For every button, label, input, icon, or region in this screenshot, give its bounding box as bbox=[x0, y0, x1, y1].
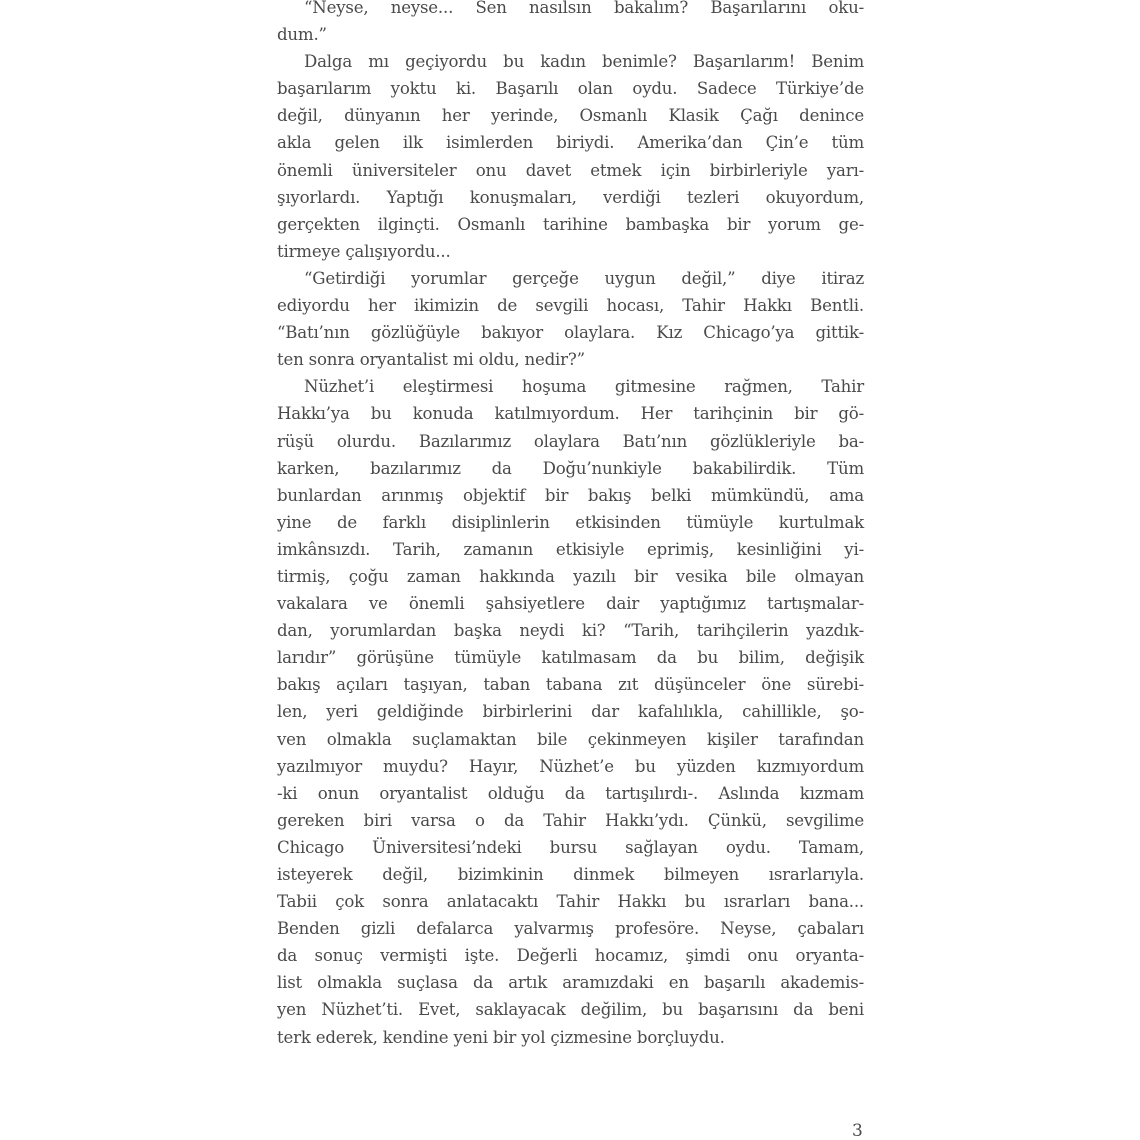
text-line: yazılmıyor muydu? Hayır, Nüzhet’e bu yüz… bbox=[277, 753, 864, 780]
text-line: Dalga mı geçiyordu bu kadın benimle? Baş… bbox=[277, 48, 864, 75]
text-line: Benden gizli defalarca yalvarmış profesö… bbox=[277, 915, 864, 942]
text-line: Nüzhet’i eleştirmesi hoşuma gitmesine ra… bbox=[277, 373, 864, 400]
text-line: isteyerek değil, bizimkinin dinmek bilme… bbox=[277, 861, 864, 888]
page-number: 3 bbox=[852, 1121, 863, 1140]
text-line: terk ederek, kendine yeni bir yol çizmes… bbox=[277, 1024, 864, 1051]
text-line: yen Nüzhet’ti. Evet, saklayacak değilim,… bbox=[277, 996, 864, 1023]
text-line: Hakkı’ya bu konuda katılmıyordum. Her ta… bbox=[277, 400, 864, 427]
text-line: değil, dünyanın her yerinde, Osmanlı Kla… bbox=[277, 102, 864, 129]
text-line: yine de farklı disiplinlerin etkisinden … bbox=[277, 509, 864, 536]
text-line: ven olmakla suçlamaktan bile çekinmeyen … bbox=[277, 726, 864, 753]
text-line: gereken biri varsa o da Tahir Hakkı’ydı.… bbox=[277, 807, 864, 834]
text-line: imkânsızdı. Tarih, zamanın etkisiyle epr… bbox=[277, 536, 864, 563]
text-line: Tabii çok sonra anlatacaktı Tahir Hakkı … bbox=[277, 888, 864, 915]
text-line: “Getirdiği yorumlar gerçeğe uygun değil,… bbox=[277, 265, 864, 292]
text-line: tirmiş, çoğu zaman hakkında yazılı bir v… bbox=[277, 563, 864, 590]
text-line: bunlardan arınmış objektif bir bakış bel… bbox=[277, 482, 864, 509]
text-line: len, yeri geldiğinde birbirlerini dar ka… bbox=[277, 698, 864, 725]
text-line: şıyorlardı. Yaptığı konuşmaları, verdiği… bbox=[277, 184, 864, 211]
text-line: tirmeye çalışıyordu... bbox=[277, 238, 864, 265]
text-line: dum.” bbox=[277, 21, 864, 48]
text-line: ediyordu her ikimizin de sevgili hocası,… bbox=[277, 292, 864, 319]
text-line: dan, yorumlardan başka neydi ki? “Tarih,… bbox=[277, 617, 864, 644]
text-line: vakalara ve önemli şahsiyetlere dair yap… bbox=[277, 590, 864, 617]
text-line: da sonuç vermişti işte. Değerli hocamız,… bbox=[277, 942, 864, 969]
text-line: önemli üniversiteler onu davet etmek içi… bbox=[277, 157, 864, 184]
text-line: rüşü olurdu. Bazılarımız olaylara Batı’n… bbox=[277, 428, 864, 455]
text-line: karken, bazılarımız da Doğu’nunkiyle bak… bbox=[277, 455, 864, 482]
text-line: list olmakla suçlasa da artık aramızdaki… bbox=[277, 969, 864, 996]
text-line: “Neyse, neyse... Sen nasılsın bakalım? B… bbox=[277, 0, 864, 21]
text-line: -ki onun oryantalist olduğu da tartışılı… bbox=[277, 780, 864, 807]
text-line: ten sonra oryantalist mi oldu, nedir?” bbox=[277, 346, 864, 373]
text-line: gerçekten ilginçti. Osmanlı tarihine bam… bbox=[277, 211, 864, 238]
book-page-body: “Neyse, neyse... Sen nasılsın bakalım? B… bbox=[277, 0, 864, 1051]
text-line: akla gelen ilk isimlerden biriydi. Ameri… bbox=[277, 129, 864, 156]
text-line: “Batı’nın gözlüğüyle bakıyor olaylara. K… bbox=[277, 319, 864, 346]
text-line: larıdır” görüşüne tümüyle katılmasam da … bbox=[277, 644, 864, 671]
text-line: Chicago Üniversitesi’ndeki bursu sağlaya… bbox=[277, 834, 864, 861]
text-line: başarılarım yoktu ki. Başarılı olan oydu… bbox=[277, 75, 864, 102]
text-line: bakış açıları taşıyan, taban tabana zıt … bbox=[277, 671, 864, 698]
